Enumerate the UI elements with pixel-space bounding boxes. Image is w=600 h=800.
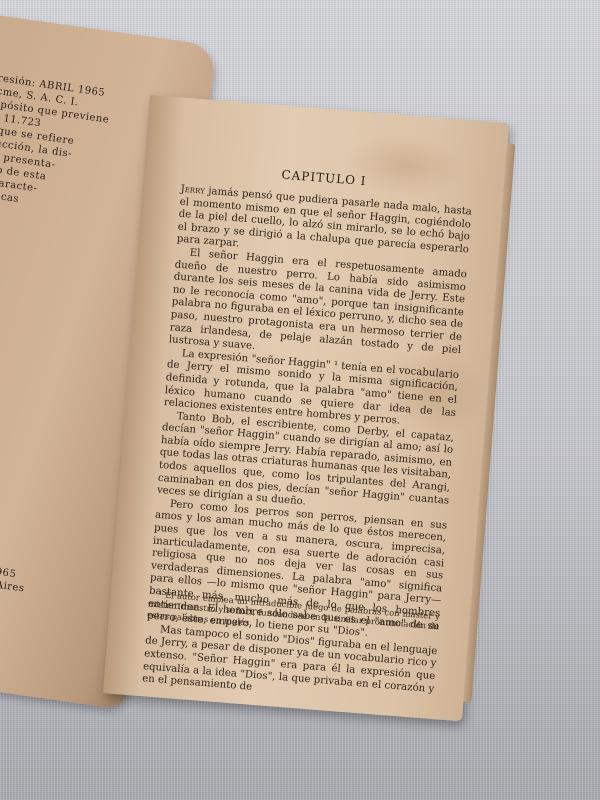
opening-word: Jerry [180,184,205,197]
colophon-text: presión: ABRIL 1965 Acme, S. A. C. I. de… [0,71,114,230]
photo-scene: presión: ABRIL 1965 Acme, S. A. C. I. de… [0,0,600,800]
printing-info: abril de 1965 2532, Bs. Aires [0,558,27,595]
right-book-page: CAPITULO I Jerry jamás pensó que pudiera… [103,95,509,721]
